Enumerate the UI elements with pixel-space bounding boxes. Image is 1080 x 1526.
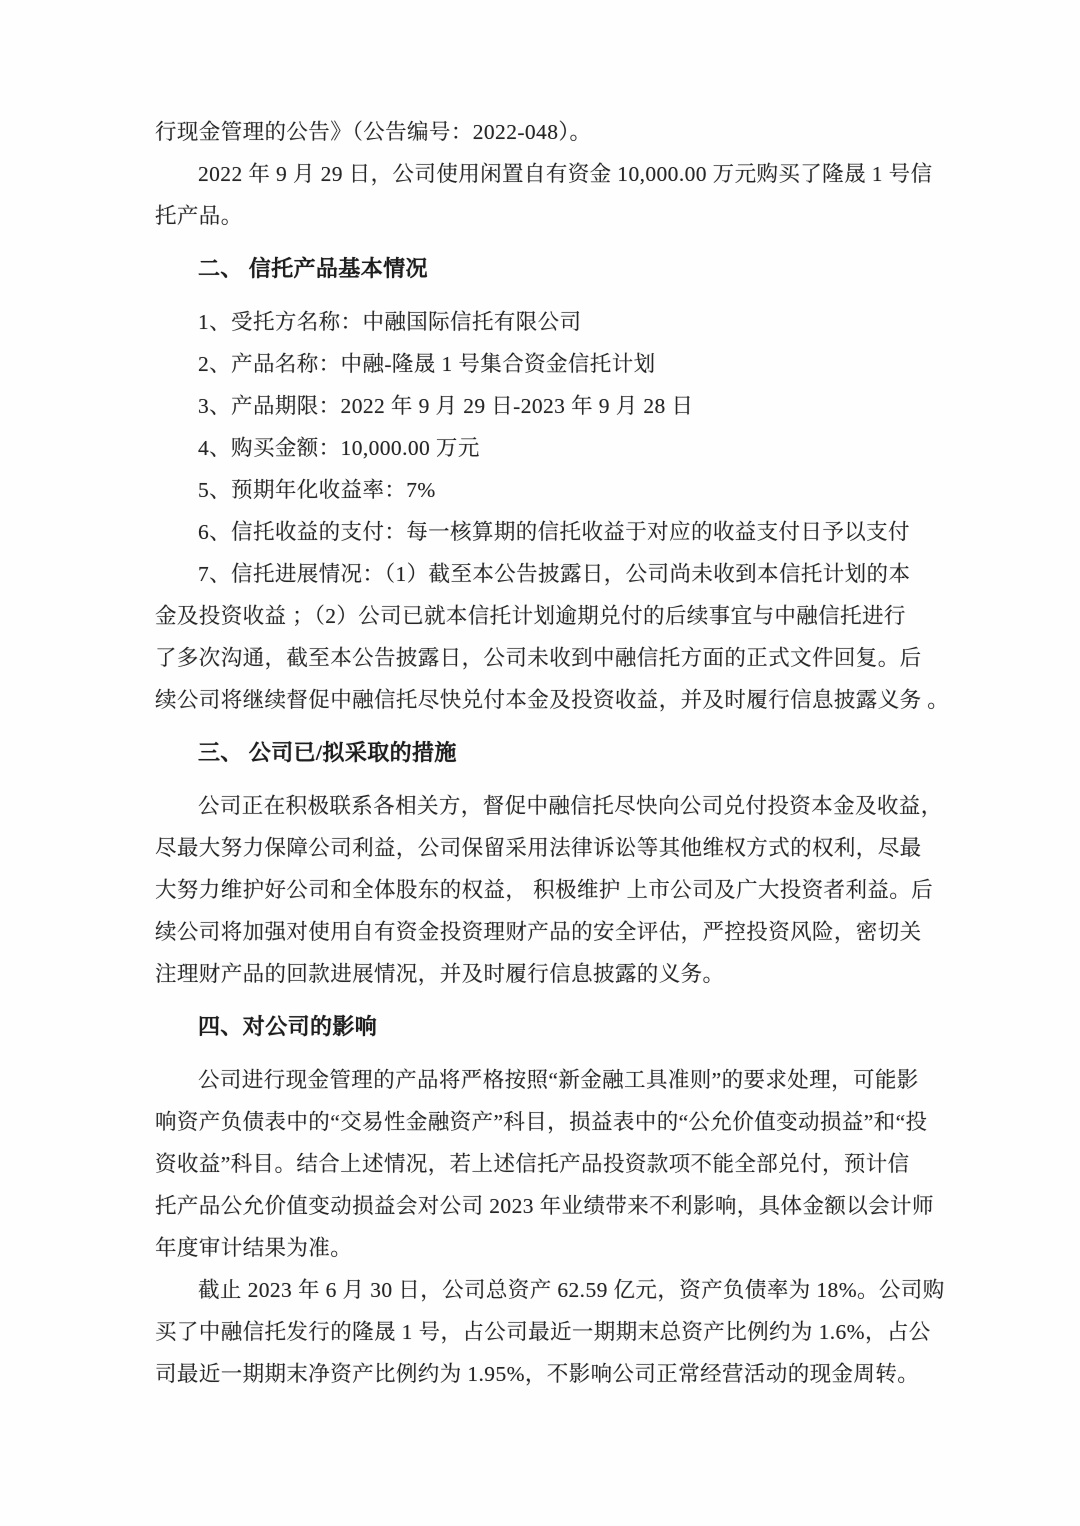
text-line: 公司正在积极联系各相关方，督促中融信托尽快向公司兑付投资本金及收益， (155, 785, 927, 827)
list-item-purchase-amount: 4、购买金额：10,000.00 万元 (155, 427, 927, 469)
text-line: 公司进行现金管理的产品将严格按照“新金融工具准则”的要求处理，可能影 (155, 1059, 927, 1101)
list-item-income-payment: 6、信托收益的支付：每一核算期的信托收益于对应的收益支付日予以支付 (155, 511, 927, 553)
section-heading-impact-on-company: 四、对公司的影响 (155, 1006, 927, 1048)
section-heading-company-measures: 三、 公司已/拟采取的措施 (155, 732, 927, 774)
text-line: 续公司将继续督促中融信托尽快兑付本金及投资收益，并及时履行信息披露义务 。 (155, 679, 927, 721)
text-line: 续公司将加强对使用自有资金投资理财产品的安全评估，严控投资风险，密切关 (155, 911, 927, 953)
text-line: 行现金管理的公告》（公告编号：2022-048）。 (155, 111, 927, 153)
document-page: 行现金管理的公告》（公告编号：2022-048）。 2022 年 9 月 29 … (0, 0, 1080, 1526)
list-item-expected-yield: 5、预期年化收益率：7% (155, 469, 927, 511)
text-line: 响资产负债表中的“交易性金融资产”科目，损益表中的“公允价值变动损益”和“投 (155, 1101, 927, 1143)
text-line: 托产品。 (155, 195, 927, 237)
text-line: 尽最大努力保障公司利益，公司保留采用法律诉讼等其他维权方式的权利，尽最 (155, 827, 927, 869)
document-content: 行现金管理的公告》（公告编号：2022-048）。 2022 年 9 月 29 … (155, 111, 927, 1395)
text-line: 2022 年 9 月 29 日，公司使用闲置自有资金 10,000.00 万元购… (155, 153, 927, 195)
section-heading-trust-product-basics: 二、 信托产品基本情况 (155, 248, 927, 290)
text-line: 7、信托进展情况：（1）截至本公告披露日，公司尚未收到本信托计划的本 (155, 553, 927, 595)
text-line: 金及投资收益 ；（2）公司已就本信托计划逾期兑付的后续事宜与中融信托进行 (155, 595, 927, 637)
text-line: 买了中融信托发行的隆晟 1 号，占公司最近一期期末总资产比例约为 1.6%，占公 (155, 1311, 927, 1353)
list-item-product-name: 2、产品名称：中融-隆晟 1 号集合资金信托计划 (155, 343, 927, 385)
list-item-trustee-name: 1、受托方名称：中融国际信托有限公司 (155, 301, 927, 343)
text-line: 了多次沟通，截至本公告披露日，公司未收到中融信托方面的正式文件回复。后 (155, 637, 927, 679)
text-line: 大努力维护好公司和全体股东的权益， 积极维护 上市公司及广大投资者利益。后 (155, 869, 927, 911)
text-line: 截止 2023 年 6 月 30 日，公司总资产 62.59 亿元，资产负债率为… (155, 1269, 927, 1311)
text-line: 资收益”科目。结合上述情况，若上述信托产品投资款项不能全部兑付，预计信 (155, 1143, 927, 1185)
text-line: 注理财产品的回款进展情况，并及时履行信息披露的义务。 (155, 953, 927, 995)
list-item-product-term: 3、产品期限：2022 年 9 月 29 日-2023 年 9 月 28 日 (155, 385, 927, 427)
text-line: 托产品公允价值变动损益会对公司 2023 年业绩带来不利影响，具体金额以会计师 (155, 1185, 927, 1227)
text-line: 年度审计结果为准。 (155, 1227, 927, 1269)
text-line: 司最近一期期末净资产比例约为 1.95%，不影响公司正常经营活动的现金周转。 (155, 1353, 927, 1395)
